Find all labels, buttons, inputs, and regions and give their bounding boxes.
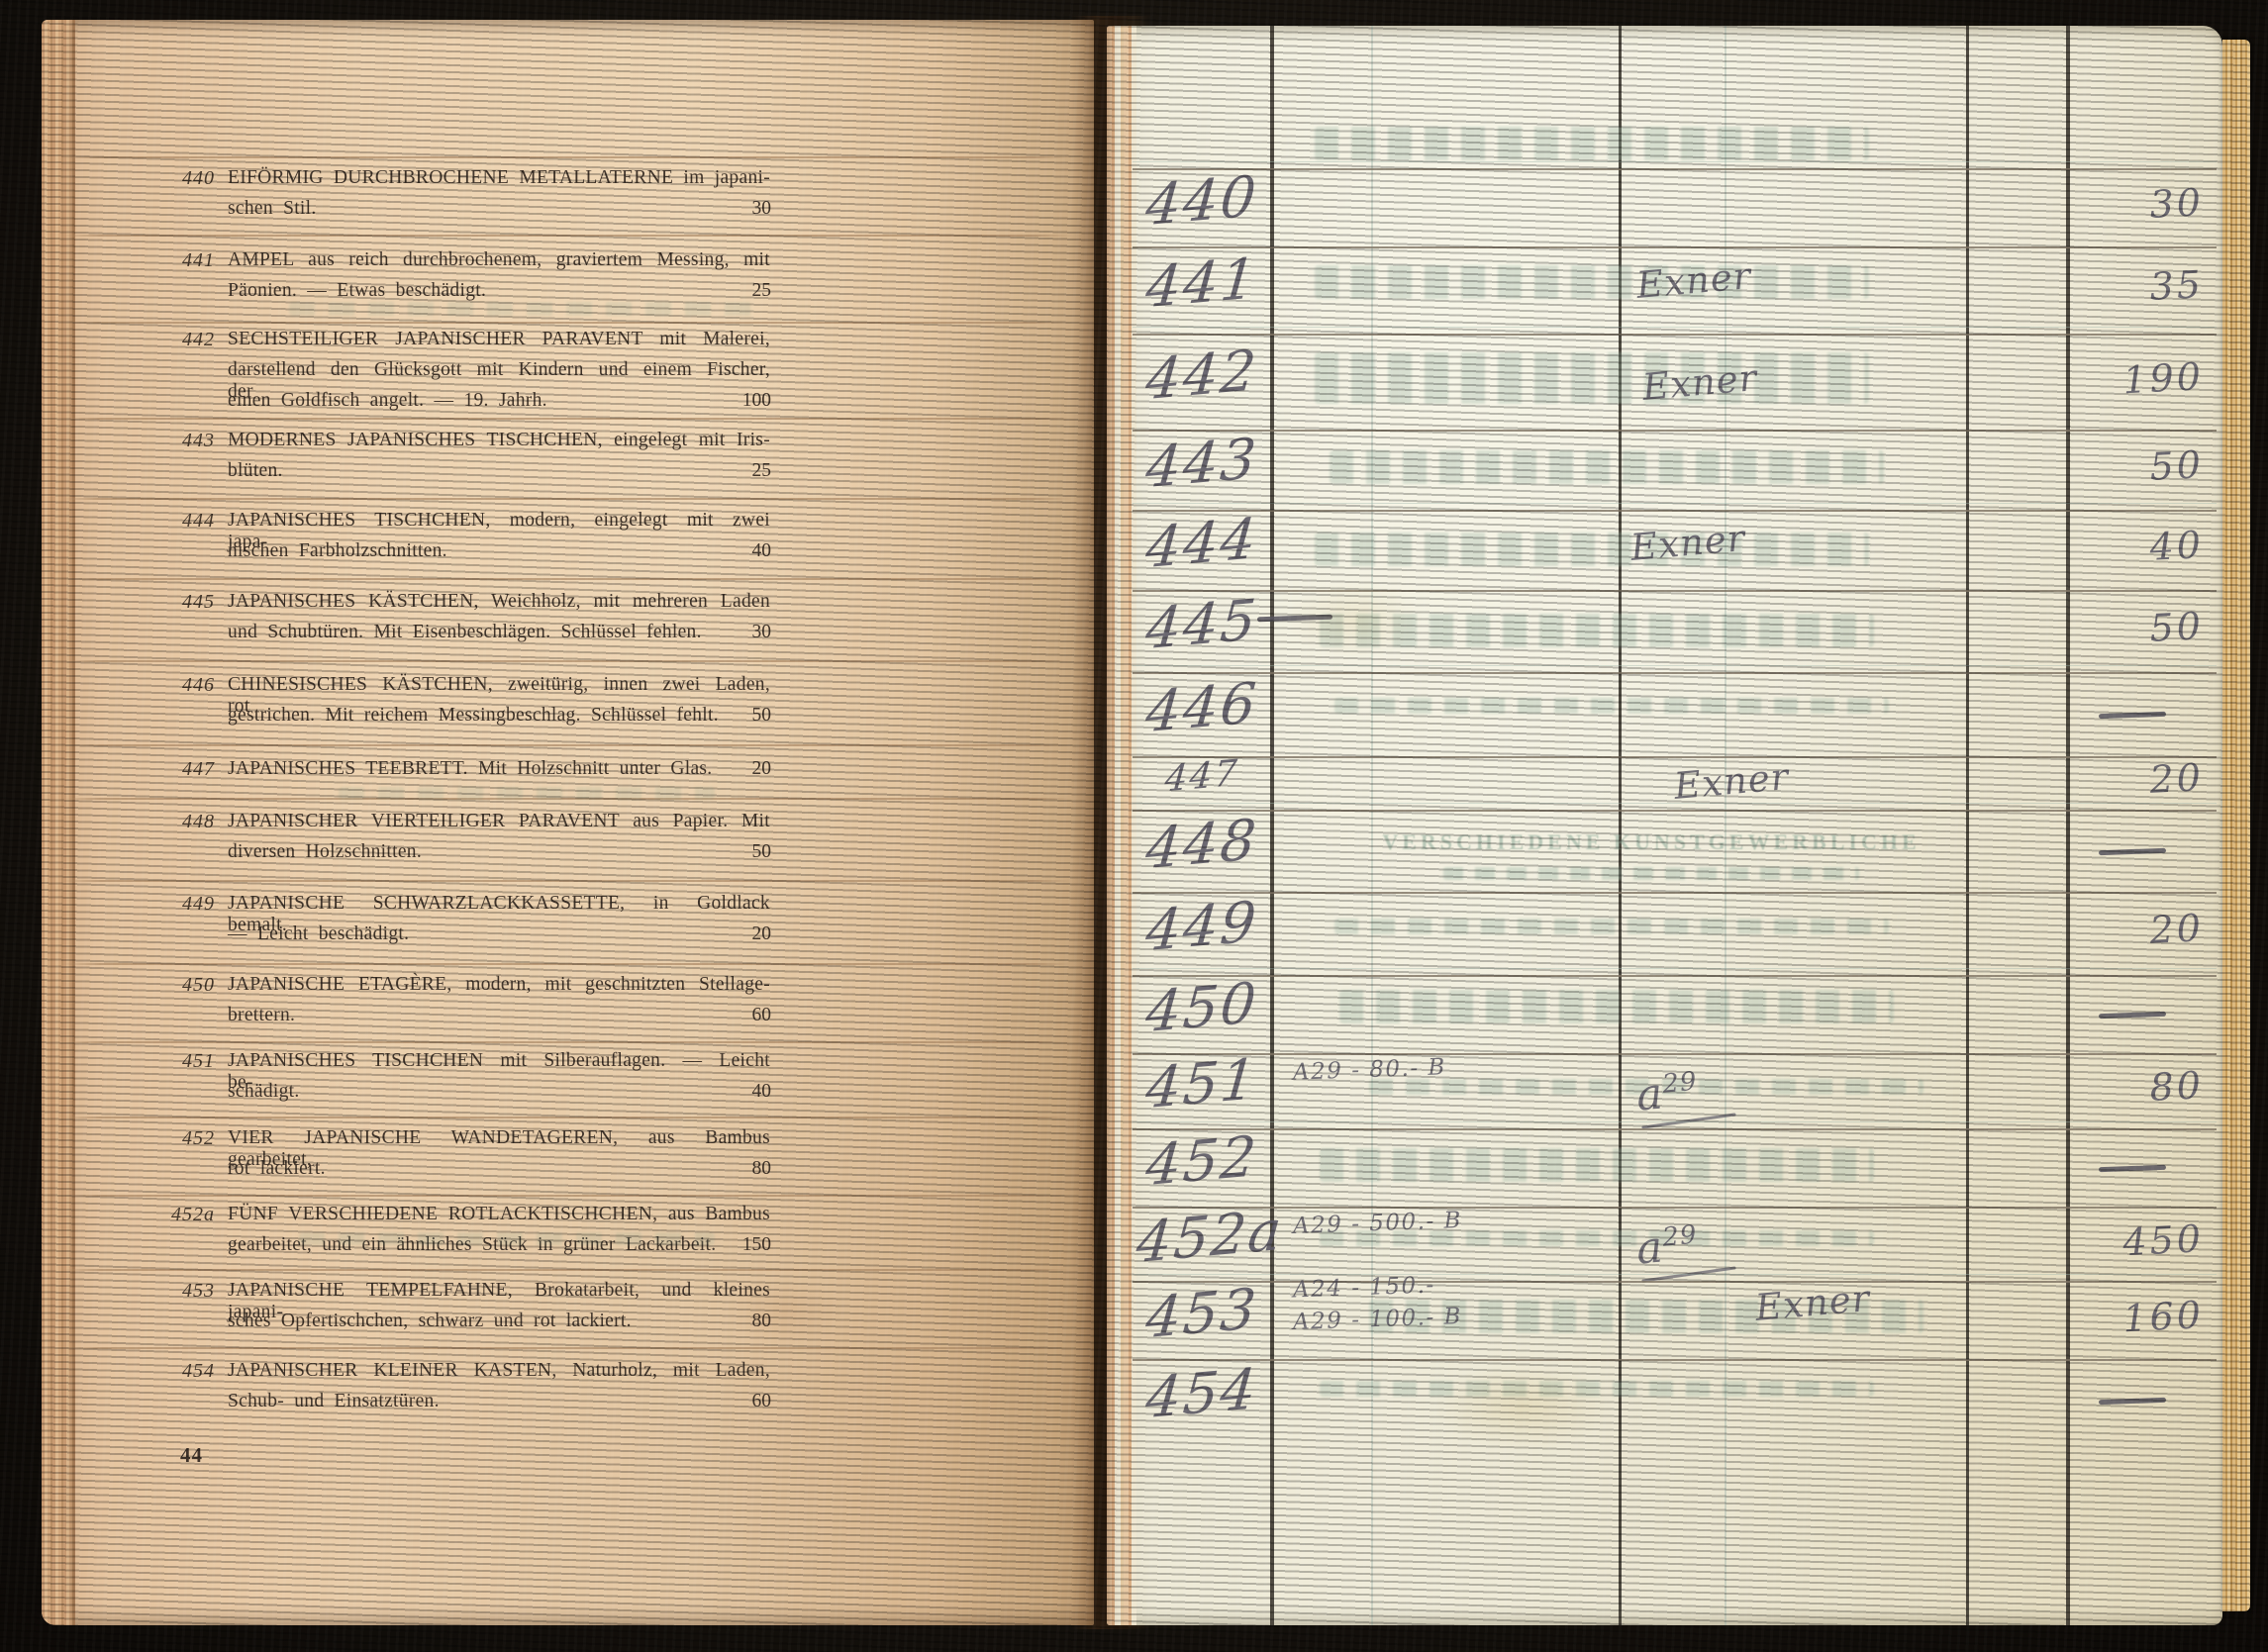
ledger-row-divider bbox=[1133, 892, 2217, 894]
estimate-price: 20 bbox=[652, 923, 771, 945]
handwritten-lot-number: 443 bbox=[1134, 430, 1269, 497]
ledger-row-divider bbox=[1133, 1207, 2217, 1209]
handwritten-annotation: A24 - 150.- bbox=[1293, 1272, 1436, 1303]
scanned-book-spread: 440EIFÖRMIG DURCHBROCHENE METALLATERNE i… bbox=[0, 0, 2268, 1652]
ledger-row-divider bbox=[1133, 1053, 2217, 1055]
price-dash-mark bbox=[2099, 847, 2166, 854]
entry-line: SECHSTEILIGER JAPANISCHER PARAVENT mit M… bbox=[228, 329, 770, 349]
entry-line: MODERNES JAPANISCHES TISCHCHEN, eingeleg… bbox=[228, 430, 770, 450]
ledger-row-divider bbox=[1133, 756, 2217, 758]
row-divider bbox=[61, 660, 1073, 662]
bleed-through-strip bbox=[1315, 265, 1869, 299]
estimate-price: 80 bbox=[652, 1311, 771, 1332]
lot-number: 446 bbox=[66, 674, 215, 697]
handwritten-hammer-price: 20 bbox=[2054, 755, 2205, 807]
ledger-faint-row-rule bbox=[1133, 665, 2217, 666]
bleed-through-strip bbox=[339, 787, 715, 800]
handwritten-lot-number: 442 bbox=[1134, 341, 1269, 409]
handwritten-hammer-price: 160 bbox=[2054, 1293, 2205, 1344]
lot-number: 454 bbox=[66, 1360, 215, 1383]
handwritten-lot-number: 454 bbox=[1134, 1360, 1269, 1427]
entry-line: schädigt. bbox=[228, 1081, 300, 1102]
buyer-code-number: 29 bbox=[1661, 1067, 1699, 1100]
bleed-through-strip bbox=[1315, 127, 1869, 160]
estimate-price: 40 bbox=[652, 540, 771, 562]
estimate-price: 60 bbox=[652, 1391, 771, 1412]
lot-number: 440 bbox=[66, 167, 215, 190]
estimate-price: 50 bbox=[652, 705, 771, 727]
lot-number: 447 bbox=[66, 758, 215, 781]
estimate-price: 25 bbox=[652, 460, 771, 482]
handwritten-buyer-name: a29 bbox=[1634, 1218, 1701, 1274]
handwritten-hammer-price: 50 bbox=[2054, 604, 2205, 655]
handwritten-lot-number: 450 bbox=[1134, 974, 1269, 1041]
ledger-column-rule bbox=[1966, 26, 1969, 1625]
entry-line-wrap: FÜNF VERSCHIEDENE ROTLACKTISCHCHEN, aus … bbox=[228, 1204, 770, 1230]
bleed-through-strip bbox=[1339, 990, 1894, 1023]
entry-line: JAPANISCHE ETAGÈRE, modern, mit geschnit… bbox=[228, 974, 770, 995]
right-page-gutter-edge bbox=[1107, 26, 1136, 1625]
row-divider bbox=[61, 1117, 1073, 1118]
handwritten-hammer-price: 35 bbox=[2054, 262, 2205, 314]
bleed-through-heading: VERSCHIEDENE KUNSTGEWERBLICHE bbox=[1226, 829, 2077, 855]
entry-line: AMPEL aus reich durchbrochenem, graviert… bbox=[228, 249, 770, 270]
lot-number: 444 bbox=[66, 510, 215, 533]
lot-number: 453 bbox=[66, 1280, 215, 1303]
row-divider bbox=[61, 578, 1073, 580]
entry-line: JAPANISCHER VIERTEILIGER PARAVENT aus Pa… bbox=[228, 811, 770, 831]
lot-number: 443 bbox=[66, 430, 215, 452]
bleed-through-strip bbox=[1320, 1381, 1874, 1397]
entry-line-wrap: SECHSTEILIGER JAPANISCHER PARAVENT mit M… bbox=[228, 329, 770, 355]
row-divider bbox=[61, 235, 1073, 237]
entry-line: FÜNF VERSCHIEDENE ROTLACKTISCHCHEN, aus … bbox=[228, 1204, 770, 1224]
page-number: 44 bbox=[180, 1443, 203, 1468]
entry-line-wrap: MODERNES JAPANISCHES TISCHCHEN, eingeleg… bbox=[228, 430, 770, 456]
bleed-through-strip bbox=[289, 302, 754, 316]
ledger-row-divider bbox=[1133, 510, 2217, 512]
price-dash-mark bbox=[2099, 1011, 2166, 1018]
paper-stain bbox=[1433, 1362, 1612, 1451]
ledger-faint-row-rule bbox=[1133, 1121, 2217, 1122]
row-divider bbox=[61, 156, 1073, 158]
lot-number: 451 bbox=[66, 1050, 215, 1073]
ledger-column-rule bbox=[1270, 26, 1274, 1625]
handwritten-lot-number: 444 bbox=[1134, 510, 1269, 577]
lot-number: 450 bbox=[66, 974, 215, 997]
buyer-code-number: 29 bbox=[1661, 1219, 1699, 1252]
entry-line: brettern. bbox=[228, 1005, 295, 1025]
entry-line: blüten. bbox=[228, 460, 283, 481]
bleed-through-strip bbox=[1443, 867, 1859, 880]
bleed-through-strip bbox=[299, 1232, 715, 1245]
entry-line: rot lackiert. bbox=[228, 1158, 326, 1179]
estimate-price: 30 bbox=[652, 622, 771, 643]
ledger-row-divider bbox=[1133, 334, 2217, 336]
bleed-through-strip bbox=[1334, 919, 1889, 934]
entry-line: diversen Holzschnitten. bbox=[228, 841, 422, 862]
ledger-faint-row-rule bbox=[1133, 161, 2217, 162]
lot-number: 449 bbox=[66, 893, 215, 916]
bleed-through-strip bbox=[1330, 450, 1884, 484]
estimate-price: 60 bbox=[652, 1005, 771, 1026]
estimate-price: 20 bbox=[652, 758, 771, 780]
handwritten-lot-number: 449 bbox=[1134, 894, 1269, 961]
entry-line-wrap: EIFÖRMIG DURCHBROCHENE METALLATERNE im j… bbox=[228, 167, 770, 194]
entry-line: JAPANISCHES KÄSTCHEN, Weichholz, mit meh… bbox=[228, 591, 770, 612]
bleed-through-strip bbox=[1320, 614, 1874, 647]
handwritten-hammer-price: 50 bbox=[2054, 442, 2205, 494]
bleed-through-strip bbox=[1334, 698, 1889, 714]
handwritten-hammer-price: 190 bbox=[2054, 354, 2205, 406]
entry-line: — Leicht beschädigt. bbox=[228, 923, 409, 944]
handwritten-annotation: A29 - 80.- B bbox=[1293, 1054, 1447, 1085]
entry-line: einen Goldfisch angelt. — 19. Jahrh. bbox=[228, 390, 547, 411]
handwritten-lot-number: 447 bbox=[1135, 753, 1269, 801]
lot-number: 441 bbox=[66, 249, 215, 272]
lot-number: 442 bbox=[66, 329, 215, 351]
estimate-price: 50 bbox=[652, 841, 771, 863]
row-divider bbox=[61, 963, 1073, 965]
handwritten-lot-number: 451 bbox=[1134, 1051, 1269, 1118]
lot-number: 445 bbox=[66, 591, 215, 614]
handwritten-hammer-price: 80 bbox=[2054, 1063, 2205, 1115]
entry-line: Päonien. — Etwas beschädigt. bbox=[228, 280, 486, 301]
handwritten-buyer-name: Exner bbox=[1634, 254, 1753, 307]
row-divider bbox=[61, 498, 1073, 500]
estimate-price: 80 bbox=[652, 1158, 771, 1180]
ledger-row-divider bbox=[1133, 975, 2217, 977]
entry-line: JAPANISCHES TEEBRETT. Mit Holzschnitt un… bbox=[228, 758, 712, 779]
entry-line: und Schubtüren. Mit Eisenbeschlägen. Sch… bbox=[228, 622, 702, 642]
ledger-row-divider bbox=[1133, 590, 2217, 592]
handwritten-buyer-name: Exner bbox=[1672, 755, 1791, 808]
estimate-price: 40 bbox=[652, 1081, 771, 1103]
row-divider bbox=[61, 1041, 1073, 1043]
handwritten-lot-number: 452 bbox=[1134, 1127, 1269, 1195]
row-divider bbox=[61, 1347, 1073, 1349]
ledger-faint-row-rule bbox=[1133, 968, 2217, 969]
entry-line: nischen Farbholzschnitten. bbox=[228, 540, 447, 561]
entry-line: Schub- und Einsatztüren. bbox=[228, 1391, 440, 1411]
entry-line-wrap: JAPANISCHE ETAGÈRE, modern, mit geschnit… bbox=[228, 974, 770, 1001]
ledger-row-divider bbox=[1133, 430, 2217, 432]
entry-line-wrap: JAPANISCHER VIERTEILIGER PARAVENT aus Pa… bbox=[228, 811, 770, 837]
handwritten-lot-number: 445 bbox=[1134, 591, 1269, 658]
ledger-column-rule bbox=[2066, 26, 2070, 1625]
price-dash-mark bbox=[2099, 711, 2166, 718]
ledger-page: 44030441Exner35442Exner19044350444Exner4… bbox=[1107, 26, 2222, 1625]
entry-line-wrap: JAPANISCHES KÄSTCHEN, Weichholz, mit meh… bbox=[228, 591, 770, 618]
entry-line: sches Opfertischchen, schwarz und rot la… bbox=[228, 1311, 632, 1331]
entry-line: gestrichen. Mit reichem Messingbeschlag.… bbox=[228, 705, 719, 726]
bleed-through-strip bbox=[1315, 352, 1869, 404]
bleed-through-strip bbox=[1315, 533, 1869, 566]
ledger-faint-row-rule bbox=[1133, 327, 2217, 328]
lot-number: 448 bbox=[66, 811, 215, 833]
row-divider bbox=[61, 744, 1073, 746]
row-divider bbox=[61, 418, 1073, 420]
ledger-row-divider bbox=[1133, 672, 2217, 674]
bleed-through-strip bbox=[1320, 1148, 1874, 1182]
handwritten-lot-number: 452a bbox=[1134, 1204, 1269, 1271]
ledger-row-divider bbox=[1133, 1359, 2217, 1361]
entry-line: JAPANISCHER KLEINER KASTEN, Naturholz, m… bbox=[228, 1360, 770, 1381]
estimate-price: 30 bbox=[652, 198, 771, 220]
estimate-price: 25 bbox=[652, 280, 771, 302]
price-dash-mark bbox=[2099, 1397, 2166, 1404]
lot-number: 452a bbox=[66, 1204, 215, 1226]
ledger-faint-row-rule bbox=[1133, 503, 2217, 504]
right-page-stack-edge bbox=[2222, 40, 2250, 1611]
handwritten-hammer-price: 40 bbox=[2054, 523, 2205, 574]
entry-line-wrap: AMPEL aus reich durchbrochenem, graviert… bbox=[228, 249, 770, 276]
ledger-row-divider bbox=[1133, 168, 2217, 170]
handwritten-hammer-price: 450 bbox=[2054, 1216, 2205, 1268]
handwritten-hammer-price: 30 bbox=[2054, 180, 2205, 232]
lot-number: 452 bbox=[66, 1127, 215, 1150]
ledger-row-divider bbox=[1133, 1128, 2217, 1130]
handwritten-lot-number: 446 bbox=[1134, 674, 1269, 741]
ledger-faint-row-rule bbox=[1133, 1274, 2217, 1275]
entry-line-wrap: JAPANISCHER KLEINER KASTEN, Naturholz, m… bbox=[228, 1360, 770, 1387]
handwritten-lot-number: 441 bbox=[1134, 250, 1269, 318]
ledger-row-divider bbox=[1133, 246, 2217, 248]
row-divider bbox=[61, 1269, 1073, 1271]
row-divider bbox=[61, 1195, 1073, 1197]
handwritten-lot-number: 440 bbox=[1134, 167, 1269, 235]
handwritten-hammer-price: 20 bbox=[2054, 906, 2205, 957]
row-divider bbox=[61, 880, 1073, 882]
ledger-faint-row-rule bbox=[1133, 803, 2217, 804]
handwritten-buyer-name: a29 bbox=[1634, 1065, 1701, 1120]
ledger-row-divider bbox=[1133, 810, 2217, 812]
row-divider bbox=[61, 322, 1073, 324]
handwritten-lot-number: 453 bbox=[1134, 1280, 1269, 1347]
estimate-price: 100 bbox=[652, 390, 771, 412]
entry-line: schen Stil. bbox=[228, 198, 317, 219]
entry-line: EIFÖRMIG DURCHBROCHENE METALLATERNE im j… bbox=[228, 167, 770, 188]
price-dash-mark bbox=[2099, 1164, 2166, 1171]
catalog-page: 440EIFÖRMIG DURCHBROCHENE METALLATERNE i… bbox=[42, 20, 1094, 1625]
